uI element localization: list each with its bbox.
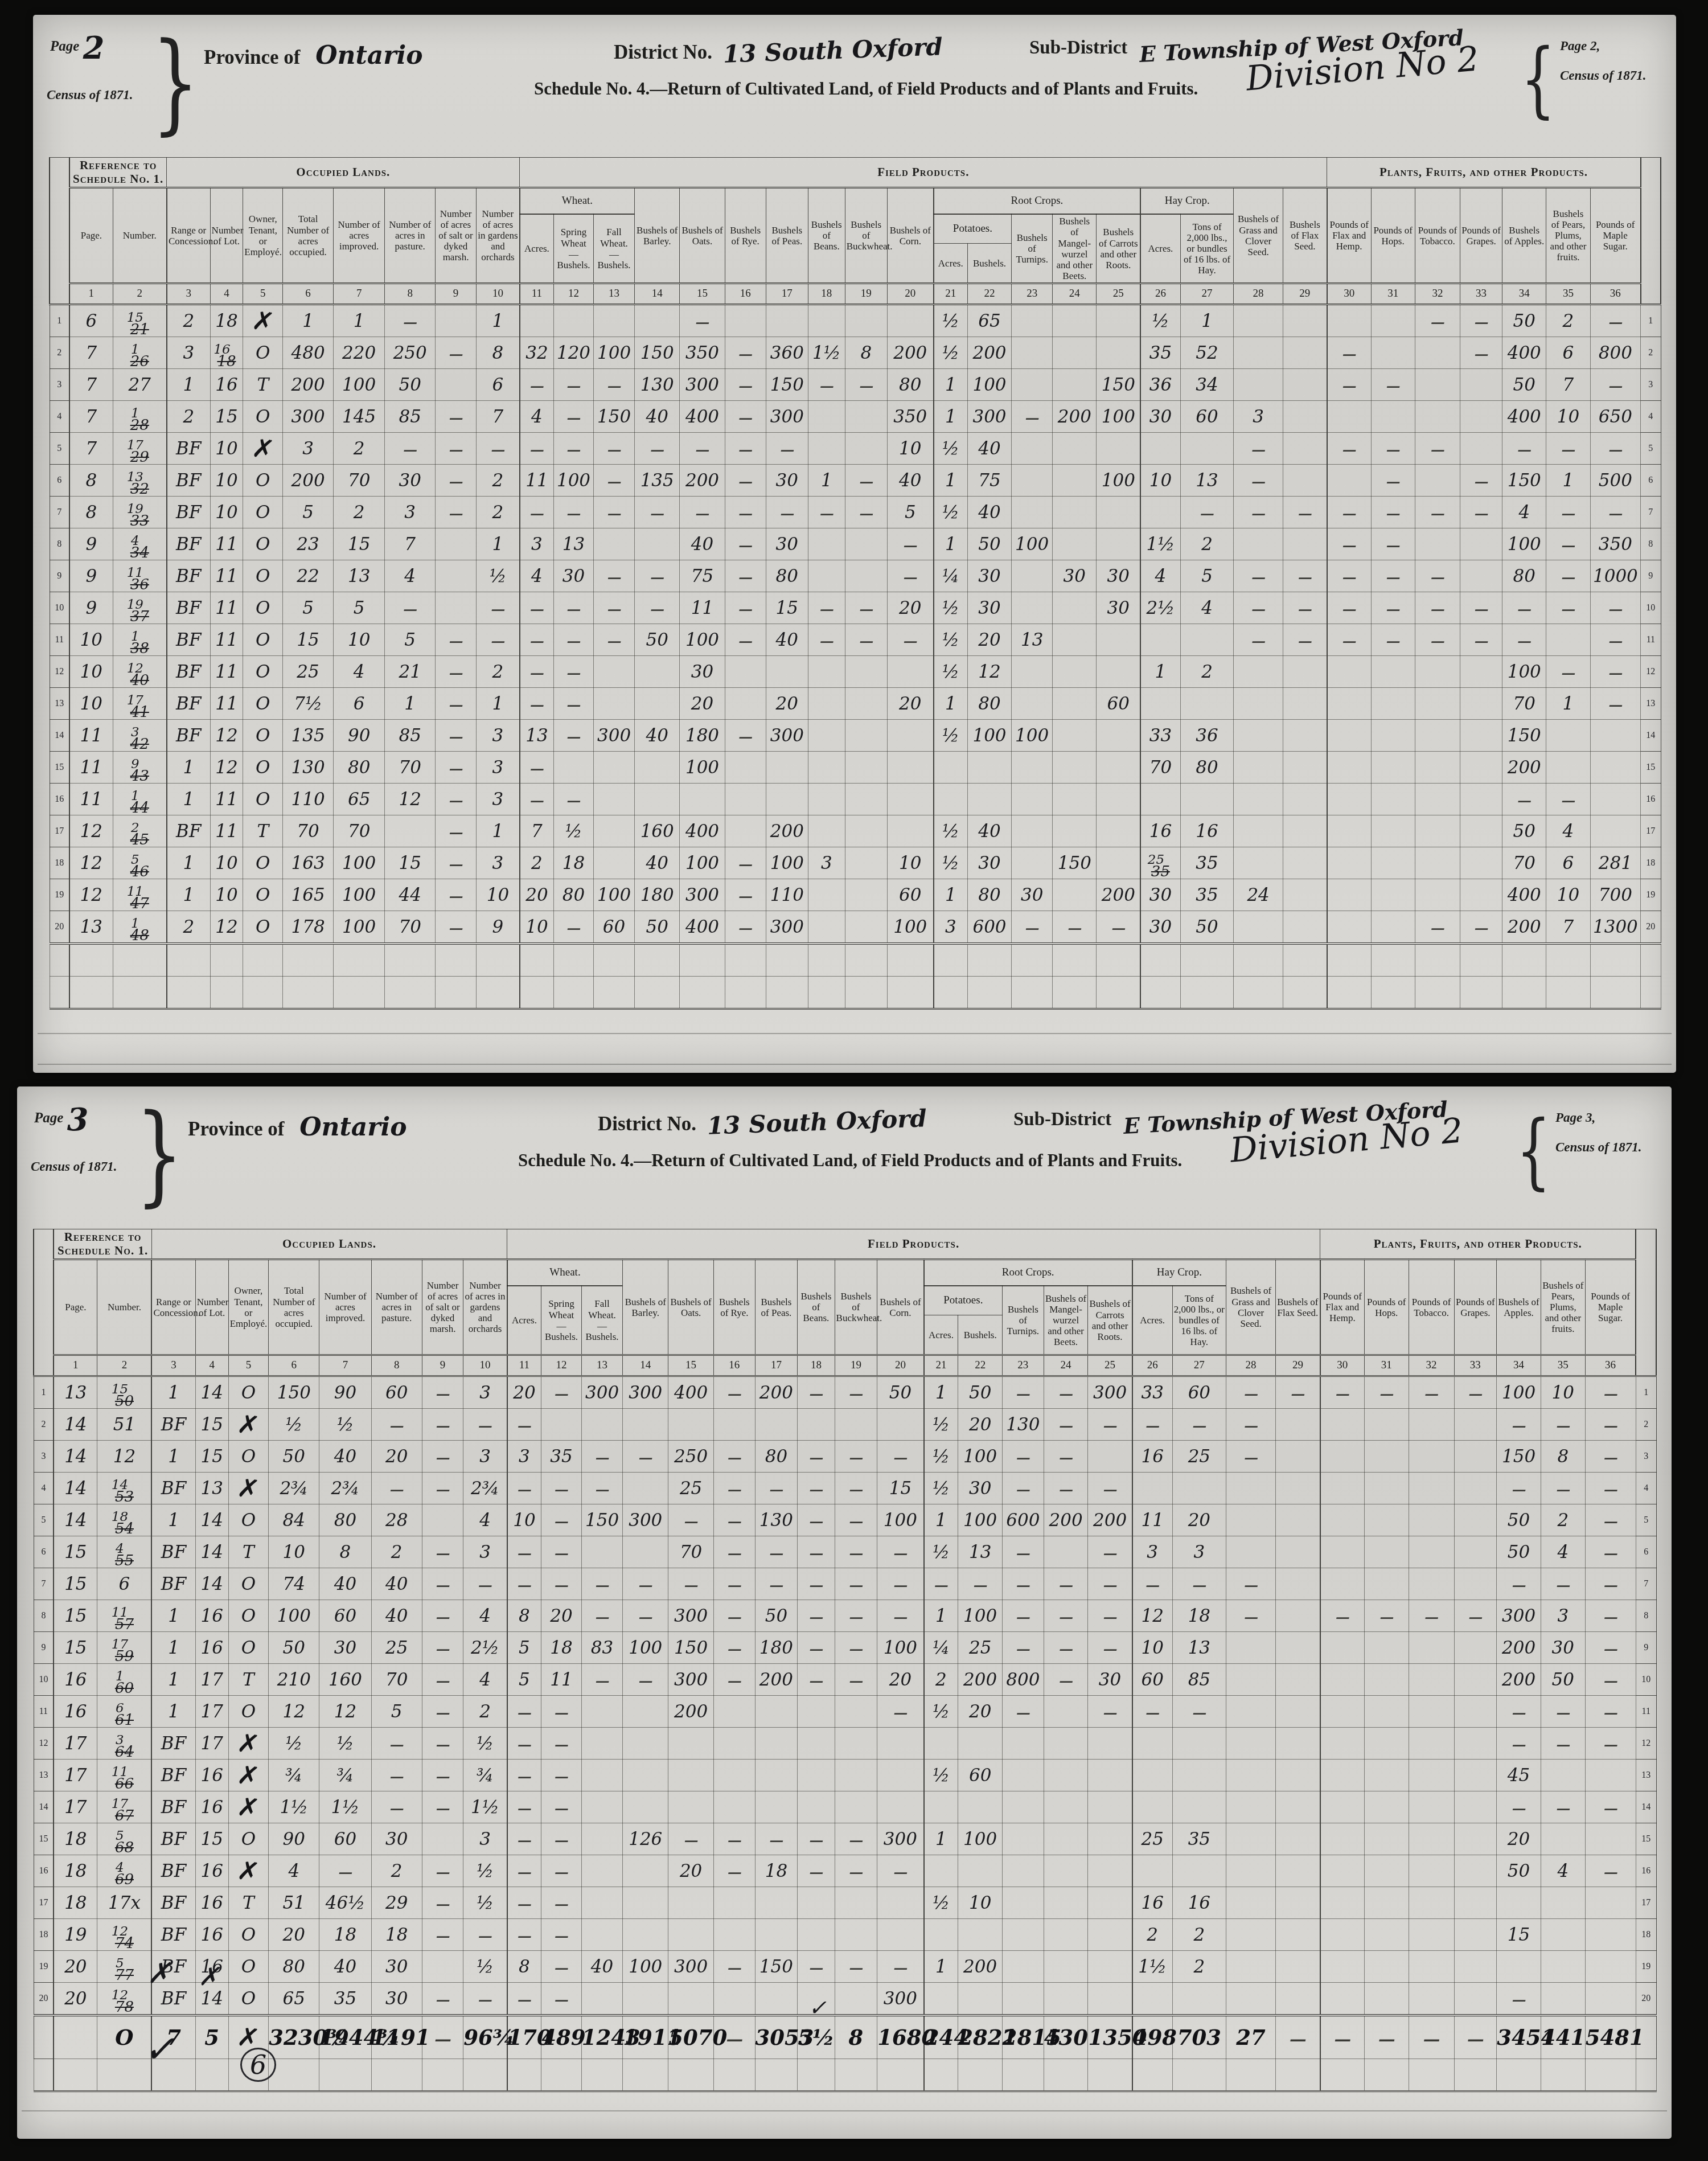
cell: — — [668, 1823, 714, 1855]
dash-mark: — — [820, 378, 834, 394]
dash-mark: — — [436, 1672, 450, 1689]
cell — [422, 1504, 463, 1536]
row-number: 4 — [1641, 401, 1661, 433]
cell: 7 — [385, 528, 436, 560]
dash-mark: — — [1379, 1385, 1393, 1402]
table-row: 13171166BF16✗¾¾——¾——½604513 — [34, 1760, 1656, 1791]
cell: 7 — [520, 815, 554, 847]
district-label: District No. — [598, 1113, 696, 1135]
cell: — — [1415, 911, 1460, 944]
cell: 200 — [766, 815, 808, 847]
dash-mark: — — [1468, 1385, 1482, 1402]
cell — [1132, 1855, 1173, 1887]
table-row: 681332BF10O2007030—211100—135200—301—401… — [50, 465, 1661, 497]
col-number: 26 — [1140, 284, 1180, 305]
cell — [1003, 1951, 1044, 1983]
cell: — — [1327, 624, 1371, 656]
row-number: 5 — [1641, 433, 1661, 465]
total-cell: 703 — [1172, 2015, 1226, 2059]
cell: 10 — [69, 688, 113, 720]
row-number: 12 — [1641, 656, 1661, 688]
cell: 100 — [333, 369, 385, 401]
cell: 13 — [554, 528, 594, 560]
cell: 577 — [97, 1951, 151, 1983]
cell: — — [541, 1568, 582, 1600]
cell: — — [541, 1728, 582, 1760]
dash-mark: — — [555, 1768, 568, 1785]
dash-mark: — — [596, 1609, 609, 1625]
cell: 10 — [1140, 465, 1180, 497]
dash-mark: — — [449, 920, 463, 936]
dash-mark: — — [478, 1577, 492, 1593]
dash-mark: — — [1609, 314, 1623, 330]
cell — [635, 528, 680, 560]
dash-mark: — — [728, 1672, 741, 1689]
cell — [1454, 1632, 1497, 1664]
cell: 3 — [1172, 1536, 1226, 1568]
cell — [1140, 688, 1180, 720]
row-number: 4 — [34, 1473, 54, 1504]
cell — [520, 305, 554, 337]
cell: 29 — [371, 1887, 422, 1919]
cell — [1460, 433, 1502, 465]
cell — [623, 1887, 668, 1919]
cell: — — [1502, 433, 1546, 465]
cell — [1012, 433, 1053, 465]
cell: — — [1226, 1568, 1276, 1600]
cell: — — [435, 624, 476, 656]
cell — [1226, 1760, 1276, 1791]
cell: 13 — [69, 911, 113, 944]
cell: 434 — [113, 528, 167, 560]
cell: — — [385, 433, 436, 465]
cell: — — [422, 1536, 463, 1568]
cell: 364 — [97, 1728, 151, 1760]
cell — [1454, 1760, 1497, 1791]
cell: — — [422, 1441, 463, 1473]
group-occupied-lands: Occupied Lands. — [167, 158, 520, 188]
cell — [1012, 465, 1053, 497]
dash-mark: — — [1604, 1736, 1617, 1753]
cell: — — [725, 337, 766, 369]
cell: 6 — [477, 369, 520, 401]
cell: 210 — [269, 1664, 319, 1696]
check-mark: ✓ — [808, 1995, 827, 2020]
cell: 200 — [1053, 401, 1097, 433]
cell: 20 — [766, 688, 808, 720]
cell: 5 — [887, 497, 933, 528]
cell: — — [1585, 1728, 1636, 1760]
cell: — — [877, 1855, 924, 1887]
cell: 40 — [967, 815, 1011, 847]
cell: 16 — [1180, 815, 1234, 847]
dash-mark: — — [607, 378, 621, 394]
col-number: 10 — [477, 284, 520, 305]
cell — [1097, 720, 1140, 752]
cell — [755, 1791, 798, 1823]
cell: — — [1132, 1568, 1173, 1600]
cell: 1300 — [1590, 911, 1641, 944]
row-number: 7 — [1636, 1568, 1656, 1600]
dash-mark: — — [1342, 346, 1356, 362]
dash-mark: — — [436, 1736, 450, 1753]
cell: 85 — [385, 720, 436, 752]
cell: 2¾ — [269, 1473, 319, 1504]
cell: 160 — [319, 1664, 371, 1696]
cell: ½ — [924, 1441, 958, 1473]
cell: — — [725, 497, 766, 528]
dash-mark: — — [810, 1385, 823, 1402]
cell: — — [766, 497, 808, 528]
cell: — — [422, 1376, 463, 1409]
dash-mark: — — [1103, 1641, 1117, 1657]
cell: — — [1003, 1696, 1044, 1728]
cell: 3 — [283, 433, 334, 465]
cell: 943 — [113, 752, 167, 784]
cell: — — [755, 1473, 798, 1504]
cell — [808, 688, 845, 720]
cell — [958, 1728, 1003, 1760]
cell: BF — [151, 1473, 195, 1504]
cell — [1327, 656, 1371, 688]
dash-mark: — — [434, 2029, 451, 2049]
table-row: 19121147110O16510044—102080100180300—110… — [50, 879, 1661, 911]
cell: O — [243, 847, 283, 879]
row-number: 7 — [34, 1568, 54, 1600]
cell: 1521 — [113, 305, 167, 337]
cell: 11 — [69, 784, 113, 815]
col-header: Spring Wheat — Bushels. — [541, 1286, 582, 1355]
dash-mark: — — [596, 1672, 609, 1689]
cell — [1053, 433, 1097, 465]
col-number: 33 — [1460, 284, 1502, 305]
cell: 70 — [283, 815, 334, 847]
cell — [1226, 1696, 1276, 1728]
cell — [1053, 305, 1097, 337]
cell: — — [1585, 1632, 1636, 1664]
cell: — — [1044, 1409, 1088, 1441]
cell — [1012, 369, 1053, 401]
cell: 25 — [958, 1632, 1003, 1664]
cell: 40 — [766, 624, 808, 656]
cell: 13 — [1172, 1632, 1226, 1664]
cell: 144 — [113, 784, 167, 815]
cell: 19 — [54, 1919, 97, 1951]
scribble-mark: ✗ — [235, 1408, 262, 1441]
row-number: 6 — [50, 465, 69, 497]
row-number: 14 — [1636, 1791, 1656, 1823]
cell — [1180, 433, 1234, 465]
cell: 300 — [1497, 1600, 1541, 1632]
dash-mark: — — [728, 1385, 741, 1402]
cell: 4 — [463, 1600, 507, 1632]
cell: 51 — [97, 1409, 151, 1441]
cell — [1283, 784, 1327, 815]
col-header: Number of acres in pasture. — [371, 1260, 422, 1355]
cell: — — [1234, 592, 1283, 624]
cell: O — [243, 560, 283, 592]
cell — [668, 1791, 714, 1823]
group-hay-crop: Hay Crop. — [1132, 1260, 1226, 1286]
cell: 1166 — [97, 1760, 151, 1791]
cell: 20 — [967, 624, 1011, 656]
cell — [755, 1887, 798, 1919]
cell — [1364, 1536, 1409, 1568]
dash-mark: — — [1556, 1736, 1570, 1753]
cell: 23 — [283, 528, 334, 560]
cell — [1044, 1536, 1088, 1568]
cell: 84 — [269, 1504, 319, 1536]
table-row: 1812546110O16310015—321840100—100310½301… — [50, 847, 1661, 879]
dash-mark: — — [1378, 2029, 1395, 2049]
cell: — — [798, 1823, 835, 1855]
cell: — — [1172, 1568, 1226, 1600]
cell: — — [1327, 528, 1371, 560]
cell — [755, 1760, 798, 1791]
cell: 2 — [371, 1536, 422, 1568]
cell: — — [371, 1791, 422, 1823]
cell: 18 — [319, 1919, 371, 1951]
row-number: 10 — [50, 592, 69, 624]
cell — [1371, 401, 1415, 433]
cell: O — [228, 1823, 269, 1855]
cell: — — [958, 1568, 1003, 1600]
cell: O — [243, 592, 283, 624]
col-number: 12 — [541, 1355, 582, 1376]
cell: O — [243, 879, 283, 911]
cell: 100 — [1097, 465, 1140, 497]
page-header: Page 2 Census of 1871. } Province of Ont… — [33, 15, 1676, 157]
total-cell: 5070 — [668, 2015, 714, 2059]
cell — [766, 752, 808, 784]
cell — [1226, 1823, 1276, 1855]
dash-mark: — — [449, 633, 463, 649]
cell — [1234, 720, 1283, 752]
dash-mark: — — [1512, 1417, 1526, 1434]
col-header: Pounds of Flax and Hemp. — [1320, 1260, 1365, 1355]
cell: 30 — [766, 528, 808, 560]
col-number: 15 — [680, 284, 725, 305]
cell: — — [798, 1376, 835, 1409]
cell: 11 — [541, 1664, 582, 1696]
cell: 75 — [967, 465, 1011, 497]
cell: 15 — [195, 1409, 228, 1441]
cell: O — [228, 1696, 269, 1728]
cell — [1012, 784, 1053, 815]
dash-mark: — — [684, 1513, 698, 1529]
cell: — — [435, 497, 476, 528]
cell: 300 — [680, 369, 725, 401]
cell: 100 — [1502, 528, 1546, 560]
cell — [1320, 1441, 1365, 1473]
corrected-number: 1136 — [130, 568, 149, 592]
dash-mark: — — [1512, 1991, 1526, 2008]
corrected-number: 1854 — [115, 1512, 134, 1536]
cell: — — [463, 1983, 507, 2016]
cell — [1454, 1568, 1497, 1600]
corrected-number: 1166 — [115, 1767, 134, 1791]
dash-mark: — — [449, 696, 463, 713]
table-row: 8151157116O1006040—4820——300—50———1100——… — [34, 1600, 1656, 1632]
cell: ½ — [319, 1409, 371, 1441]
col-number: 13 — [594, 284, 635, 305]
cell — [798, 1728, 835, 1760]
col-number: 32 — [1409, 1355, 1454, 1376]
cell: 12 — [69, 815, 113, 847]
dash-mark: — — [555, 1513, 568, 1529]
cell: — — [422, 1473, 463, 1504]
dash-mark: — — [639, 1577, 652, 1593]
cell: — — [1044, 1376, 1088, 1409]
cell: 14 — [195, 1376, 228, 1409]
cell: — — [594, 624, 635, 656]
cell: O — [228, 1632, 269, 1664]
cell: ✗ — [243, 433, 283, 465]
cell: 3 — [808, 847, 845, 879]
dash-mark: — — [738, 378, 752, 394]
row-number: 15 — [1641, 752, 1661, 784]
row-number: 6 — [1641, 465, 1661, 497]
dash-mark: — — [1298, 633, 1312, 649]
cell — [1327, 401, 1371, 433]
cell — [623, 1760, 668, 1791]
cell: 32 — [520, 337, 554, 369]
cell: 200 — [1088, 1504, 1132, 1536]
cell: — — [798, 1473, 835, 1504]
total-cell: 5481 — [1585, 2015, 1636, 2059]
cell: 20 — [269, 1919, 319, 1951]
row-number: 6 — [1636, 1536, 1656, 1568]
cell: — — [554, 433, 594, 465]
dash-mark: — — [738, 441, 752, 458]
col-number: 17 — [755, 1355, 798, 1376]
cell — [1460, 784, 1502, 815]
cell: — — [798, 1536, 835, 1568]
cell — [554, 752, 594, 784]
cell — [798, 1887, 835, 1919]
dash-mark: — — [1431, 601, 1444, 617]
page-number-handwritten: 3 — [67, 1101, 89, 1138]
cell — [1409, 1951, 1454, 1983]
cell — [1460, 879, 1502, 911]
dash-mark: — — [1103, 1609, 1117, 1625]
dash-mark: — — [1512, 1481, 1526, 1498]
cell — [1140, 624, 1180, 656]
cell: 100 — [333, 911, 385, 944]
cell — [1460, 528, 1502, 560]
cell — [766, 656, 808, 688]
cell — [1283, 656, 1327, 688]
ledger-ruled-lines — [38, 1003, 1672, 1069]
dash-mark: — — [1386, 537, 1400, 553]
cell: 165 — [283, 879, 334, 911]
dash-mark: — — [1609, 665, 1623, 681]
cell — [1541, 1760, 1585, 1791]
group-root-crops: Root Crops. — [924, 1260, 1132, 1286]
cell — [1415, 720, 1460, 752]
cell: 100 — [1497, 1376, 1541, 1409]
cell: — — [1585, 1696, 1636, 1728]
cell: ½ — [934, 720, 968, 752]
dash-mark: — — [1342, 569, 1356, 585]
cell — [714, 1760, 756, 1791]
cell — [668, 1760, 714, 1791]
dash-mark: — — [436, 1449, 450, 1466]
cell: — — [1409, 1376, 1454, 1409]
dash-mark: — — [1059, 1481, 1073, 1498]
row-number-gutter — [1641, 158, 1661, 305]
cell — [422, 1823, 463, 1855]
cell: 600 — [1003, 1504, 1044, 1536]
cell: 4 — [520, 401, 554, 433]
corrected-number: 434 — [130, 536, 149, 560]
cell: 16 — [1172, 1887, 1226, 1919]
cell — [635, 656, 680, 688]
row-number: 16 — [1636, 1855, 1656, 1887]
dash-mark: — — [449, 473, 463, 490]
col-number: 28 — [1234, 284, 1283, 305]
cell — [808, 305, 845, 337]
cell: 10 — [269, 1536, 319, 1568]
cell: 12 — [319, 1696, 371, 1728]
cell — [835, 1409, 877, 1441]
cell: 100 — [766, 847, 808, 879]
cell: — — [714, 1504, 756, 1536]
dash-mark: — — [810, 1449, 823, 1466]
cell — [1497, 1887, 1541, 1919]
dash-mark: — — [491, 633, 505, 649]
cell: 150 — [635, 337, 680, 369]
cell: — — [520, 624, 554, 656]
page-number-label: Page 3 — [34, 1110, 88, 1126]
cell — [581, 1728, 623, 1760]
cell: ✗ — [228, 1409, 269, 1441]
corrected-number: 144 — [130, 791, 149, 815]
cell: 1½ — [269, 1791, 319, 1823]
dash-mark: — — [449, 409, 463, 426]
cell: 4 — [520, 560, 554, 592]
cell — [1415, 784, 1460, 815]
col-header: Number of acres improved. — [319, 1260, 371, 1355]
corrected-number: 469 — [115, 1863, 134, 1887]
row-number: 18 — [34, 1919, 54, 1951]
dash-mark: — — [810, 1832, 823, 1848]
col-number: 22 — [967, 284, 1011, 305]
cell — [1097, 528, 1140, 560]
dash-mark: — — [934, 1577, 948, 1593]
cell: 1 — [924, 1951, 958, 1983]
cell — [1012, 752, 1053, 784]
cell — [924, 1855, 958, 1887]
cell: 100 — [958, 1504, 1003, 1536]
dash-mark: — — [810, 1513, 823, 1529]
cell: — — [581, 1473, 623, 1504]
cell — [581, 1536, 623, 1568]
cell: 40 — [967, 497, 1011, 528]
cell — [1327, 847, 1371, 879]
col-number: 9 — [422, 1355, 463, 1376]
scribble-mark: ✗ — [235, 1790, 262, 1824]
cell: BF — [151, 1823, 195, 1855]
cell — [1585, 1919, 1636, 1951]
cell: — — [554, 784, 594, 815]
col-number: 16 — [725, 284, 766, 305]
row-number: 19 — [50, 879, 69, 911]
dash-mark: — — [596, 1481, 609, 1498]
cell: — — [1585, 1409, 1636, 1441]
cell: 200 — [967, 337, 1011, 369]
cell — [1012, 656, 1053, 688]
